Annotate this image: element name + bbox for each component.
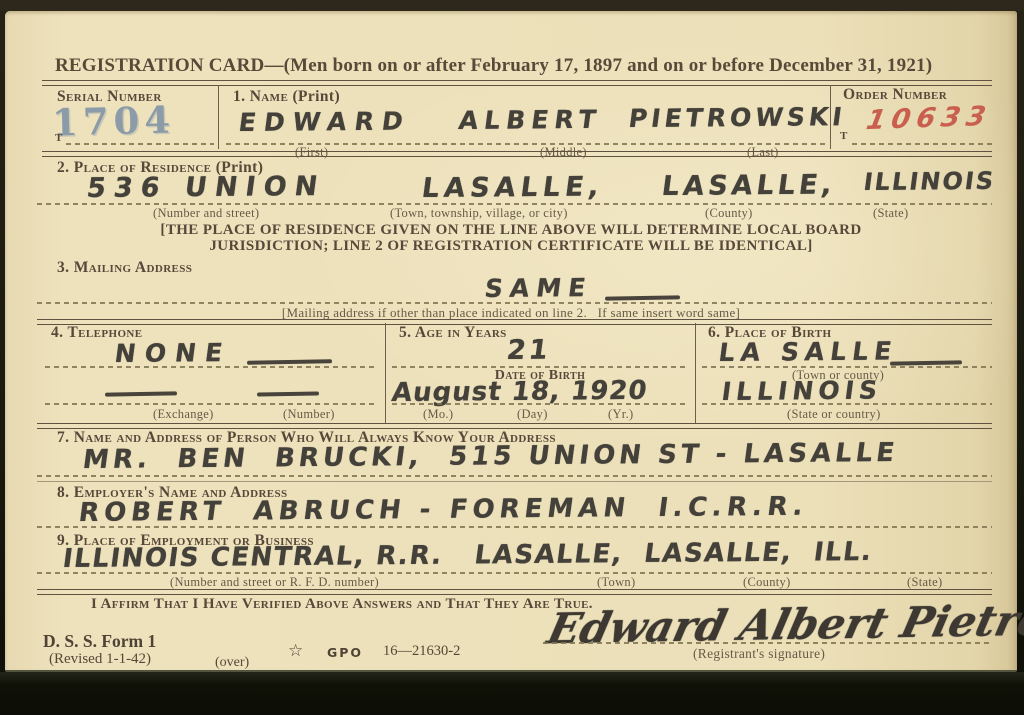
- age-value: 21: [505, 335, 553, 366]
- residence-state-value: ILLINOIS: [862, 167, 997, 196]
- employment-sub-state: (State): [907, 575, 942, 590]
- name-middle-value: ALBERT: [457, 105, 604, 135]
- age-sub-yr: (Yr.): [608, 407, 633, 422]
- mailing-value: SAME: [483, 273, 594, 303]
- birth-sub-state: (State or country): [787, 407, 881, 422]
- telephone-line2: [45, 403, 375, 405]
- employment-sub-street: (Number and street or R. F. D. number): [170, 575, 379, 590]
- residence-notice-line1: [THE PLACE OF RESIDENCE GIVEN ON THE LIN…: [5, 222, 1017, 239]
- employer-value: ROBERT ABRUCH - FOREMAN I.C.R.R.: [77, 492, 810, 528]
- employment-entry-line: [37, 572, 992, 574]
- signature-sub: (Registrant's signature): [693, 646, 825, 662]
- residence-county-value: LASALLE,: [660, 169, 838, 202]
- telephone-hand-stroke-number: [257, 391, 319, 396]
- residence-sub-town: (Town, township, village, or city): [390, 206, 568, 221]
- birth-line2: [702, 403, 992, 405]
- row1-bottom-rule: [42, 151, 992, 157]
- name-label-number: 1.: [233, 88, 245, 105]
- order-number-label: Order Number: [843, 86, 947, 104]
- form-title: REGISTRATION CARD—(Men born on or after …: [55, 55, 932, 77]
- employment-bottom-rule: [37, 589, 992, 595]
- employer-label-number: 8.: [57, 484, 69, 501]
- age-line2: [392, 403, 687, 405]
- gpo-label: GPO: [327, 645, 363, 660]
- scanned-page-background: REGISTRATION CARD—(Men born on or after …: [0, 0, 1024, 715]
- registration-card: REGISTRATION CARD—(Men born on or after …: [5, 11, 1017, 672]
- telephone-hand-stroke-exchange: [105, 391, 177, 396]
- form-number: D. S. S. Form 1: [43, 631, 156, 652]
- residence-label-number: 2.: [57, 159, 69, 176]
- telephone-sub-exchange: (Exchange): [153, 407, 214, 422]
- birth-town-value: LA SALLE: [717, 336, 899, 367]
- birth-state-value: ILLINOIS: [720, 376, 884, 406]
- contact-entry-line: [37, 475, 992, 477]
- residence-street-value: 536 UNION: [85, 171, 327, 204]
- bottom-edge: [0, 672, 1024, 715]
- residence-sub-county: (County): [705, 206, 753, 221]
- affirmation-text: I Affirm That I Have Verified Above Answ…: [91, 596, 593, 613]
- mailing-bottom-rule: [37, 319, 992, 325]
- name-label-text: Name: [250, 88, 288, 105]
- top-edge: [0, 0, 1024, 11]
- employer-entry-line: [37, 526, 992, 528]
- telephone-value: NONE: [113, 338, 233, 368]
- mailing-label-text: Mailing Address: [74, 259, 193, 276]
- residence-notice-line2: JURISDICTION; LINE 2 OF REGISTRATION CER…: [5, 238, 1017, 255]
- serial-name-divider: [218, 85, 219, 149]
- star-icon: ☆: [288, 641, 303, 661]
- employment-value: ILLINOIS CENTRAL, R.R. LASALLE, LASALLE,…: [61, 537, 875, 574]
- mailing-label: 3. Mailing Address: [57, 259, 192, 277]
- contact-label-number: 7.: [57, 429, 69, 446]
- serial-number-value: 1704: [51, 97, 175, 144]
- contact-value: MR. BEN BRUCKI, 515 UNION ST - LASALLE: [81, 438, 900, 475]
- birth-hand-stroke: [890, 360, 962, 365]
- gpo-print-code: 16—21630-2: [383, 643, 460, 660]
- mailing-label-number: 3.: [57, 259, 69, 276]
- name-last-value: PIETROWSKI: [627, 102, 848, 133]
- residence-town-value: LASALLE,: [420, 171, 606, 204]
- contact-bottom-rule: [37, 481, 992, 482]
- telephone-hand-stroke-tail: [247, 359, 332, 364]
- age-label: 5. Age in Years: [399, 324, 507, 342]
- residence-sub-state: (State): [873, 206, 908, 221]
- name-label: 1. Name (Print): [233, 88, 340, 106]
- age-label-number: 5.: [399, 324, 411, 341]
- mailing-entry-line: [37, 302, 992, 304]
- order-number-value: 10633: [864, 101, 994, 136]
- telephone-age-divider: [385, 323, 386, 423]
- residence-entry-line: [37, 203, 992, 205]
- employment-sub-town: (Town): [597, 575, 635, 590]
- residence-sub-street: (Number and street): [153, 206, 259, 221]
- telephone-line1: [45, 366, 375, 368]
- age-label-text: Age in Years: [415, 324, 507, 341]
- order-t-mark: T: [840, 130, 847, 142]
- age-sub-day: (Day): [517, 407, 548, 422]
- form-revised: (Revised 1-1-42): [49, 651, 151, 668]
- signature-line: [543, 642, 993, 644]
- telephone-label-number: 4.: [51, 324, 63, 341]
- telephone-sub-number: (Number): [283, 407, 335, 422]
- mailing-hand-stroke: [605, 295, 680, 300]
- employment-sub-county: (County): [743, 575, 791, 590]
- age-sub-mo: (Mo.): [423, 407, 453, 422]
- order-entry-line: [852, 143, 992, 145]
- name-label-suffix: (Print): [292, 88, 340, 105]
- age-birth-divider: [695, 323, 696, 423]
- birth-label-number: 6.: [708, 324, 720, 341]
- over-note: (over): [215, 655, 249, 671]
- serial-entry-line: [66, 143, 214, 145]
- serial-t-mark: T: [55, 132, 62, 144]
- registrant-signature: Edward Albert Pietrowski: [543, 594, 1024, 653]
- name-first-value: EDWARD: [237, 107, 413, 137]
